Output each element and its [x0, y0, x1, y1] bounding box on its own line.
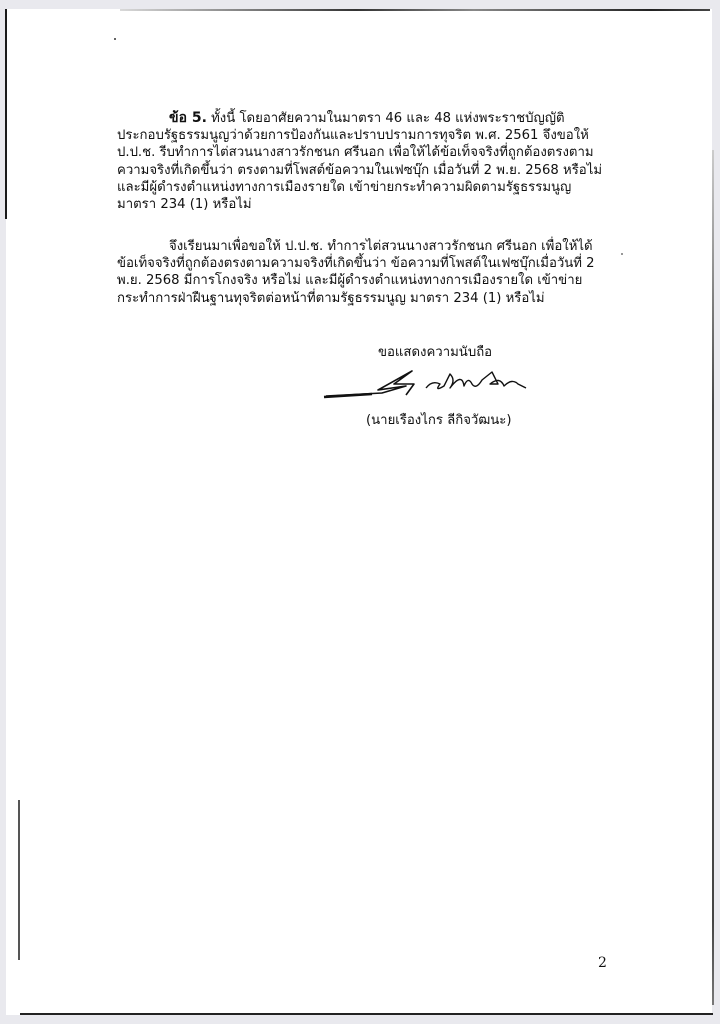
scan-edge-left-lower: [18, 800, 20, 960]
closing-salutation: ขอแสดงความนับถือ: [378, 341, 492, 362]
paragraph-line: ข้อเท็จจริงที่ถูกต้องตรงตามความจริงที่เก…: [117, 255, 617, 272]
scan-edge-left: [5, 9, 7, 219]
scan-edge-bottom: [20, 1013, 713, 1015]
paragraph-line: จึงเรียนมาเพื่อขอให้ ป.ป.ช. ทำการไต่สวนน…: [117, 238, 617, 255]
scan-edge-top: [120, 9, 710, 11]
paragraph-line: ป.ป.ช. รีบทำการไต่สวนนางสาวรักชนก ศรีนอก…: [117, 144, 617, 161]
paragraph-line: และมีผู้ดำรงตำแหน่งทางการเมืองรายใด เข้า…: [117, 179, 617, 196]
scan-speck: [621, 253, 623, 255]
article-lead-text: ทั้งนี้ โดยอาศัยความในมาตรา 46 และ 48 แห…: [207, 111, 565, 126]
paragraph-line: พ.ย. 2568 มีการโกงจริง หรือไม่ และมีผู้ด…: [117, 272, 617, 289]
scan-edge-right: [712, 150, 714, 1005]
page-number: 2: [598, 955, 607, 971]
article-number: ข้อ 5.: [169, 110, 207, 126]
paragraph-line: ข้อ 5. ทั้งนี้ โดยอาศัยความในมาตรา 46 แล…: [117, 110, 617, 127]
paragraph-line: กระทำการฝ่าฝืนฐานทุจริตต่อหน้าที่ตามรัฐธ…: [117, 290, 617, 307]
paragraph-line: ความจริงที่เกิดขึ้นว่า ตรงตามที่โพสต์ข้อ…: [117, 162, 617, 179]
paragraph-line: ประกอบรัฐธรรมนูญว่าด้วยการป้องกันและปราบ…: [117, 127, 617, 144]
signer-name: (นายเรืองไกร ลีกิจวัฒนะ): [366, 409, 512, 430]
paragraph-request: จึงเรียนมาเพื่อขอให้ ป.ป.ช. ทำการไต่สวนน…: [117, 238, 617, 307]
scan-speck: [114, 38, 116, 40]
handwritten-signature: [322, 362, 542, 402]
paragraph-article-5: ข้อ 5. ทั้งนี้ โดยอาศัยความในมาตรา 46 แล…: [117, 110, 617, 213]
paragraph-line: มาตรา 234 (1) หรือไม่: [117, 196, 617, 213]
